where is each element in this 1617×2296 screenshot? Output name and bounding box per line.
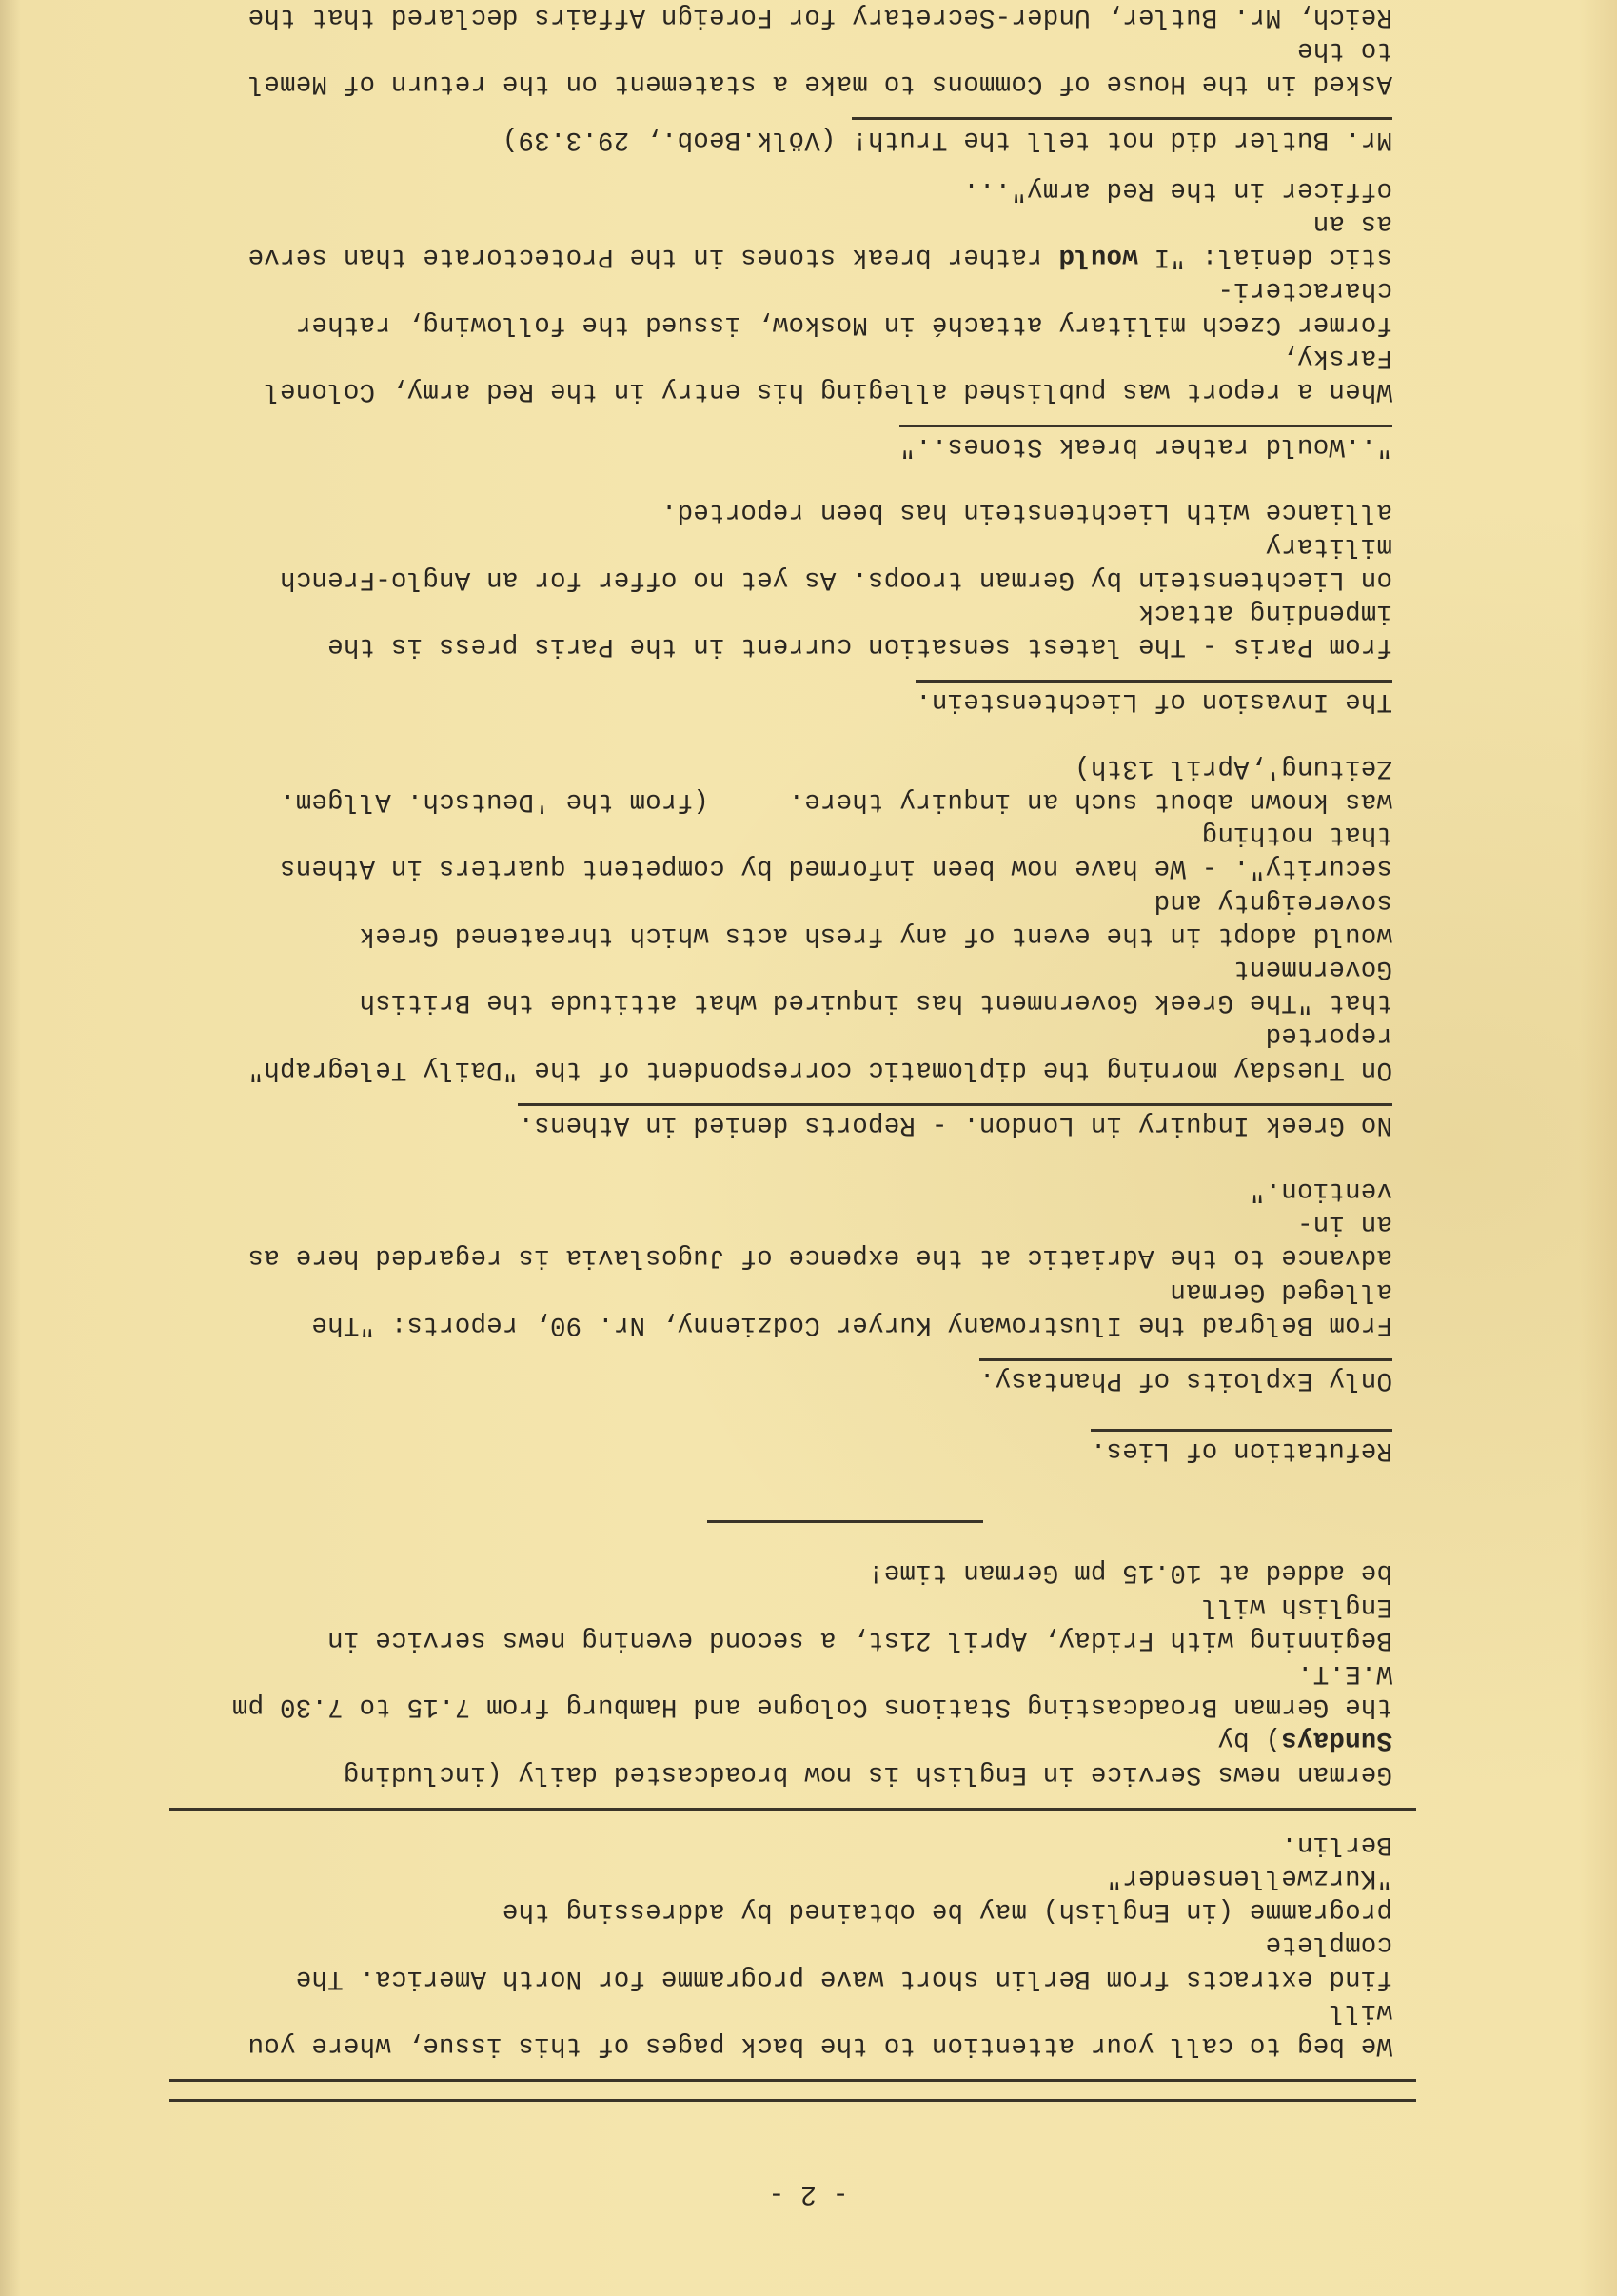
article-heading: "..Would rather break Stones.." — [899, 425, 1392, 463]
section-refutation: Refutation of Lies. — [203, 1429, 1392, 1467]
article-butler: Mr. Butler did not tell the Truth! (Völk… — [203, 0, 1392, 156]
broadcast-line: the German Broadcasting Stations Cologne… — [203, 1656, 1392, 1723]
source-citation: (Völk.Beob., 29.3.39) — [503, 125, 837, 154]
article-heading: No Greek Inquiry in London. - Reports de… — [518, 1103, 1392, 1141]
article-line: that "The Greek Government has inquired … — [203, 952, 1392, 1019]
article-heading-row: Mr. Butler did not tell the Truth! (Völk… — [203, 117, 1392, 155]
article-heading: Mr. Butler did not tell the Truth! — [852, 117, 1392, 155]
notice-rule — [169, 2079, 1416, 2082]
article-line: former Czech military attaché in Moskow,… — [203, 273, 1392, 340]
notice-bottom-rule — [169, 1808, 1416, 1811]
article-line: Reich, Mr. Butler, Under-Secretary for F… — [203, 0, 1392, 33]
article-line: from Paris - The latest sensation curren… — [203, 596, 1392, 663]
broadcast-block: German news Service in English is now br… — [203, 1520, 1392, 1790]
notice-line: find extracts from Berlin short wave pro… — [203, 1928, 1392, 1994]
torn-page-edge — [0, 0, 21, 2296]
document-page: We beg to call your attention to the bac… — [0, 0, 1617, 2296]
article-line: alliance with Liechtenstein has been rep… — [203, 495, 1392, 528]
broadcast-line: be added at 10.15 pm German time! — [203, 1555, 1392, 1589]
article-break-stones: "..Would rather break Stones.." When a r… — [203, 173, 1392, 464]
article-line: advance to the Adriatic at the expence o… — [203, 1207, 1392, 1274]
article-liechtenstein: The Invasion of Liechtenstein. from Pari… — [203, 495, 1392, 718]
short-divider — [707, 1520, 983, 1523]
article-line: security". - We have now been informed b… — [203, 818, 1392, 884]
page-content: We beg to call your attention to the bac… — [203, 0, 1392, 2155]
broadcast-line: German news Service in English is now br… — [203, 1723, 1392, 1790]
section-title: Refutation of Lies. — [1091, 1429, 1392, 1467]
article-line: When a report was published alleging his… — [203, 341, 1392, 407]
article-line: would adopt in the event of any fresh ac… — [203, 884, 1392, 951]
article-line: On Tuesday morning the diplomatic corres… — [203, 1019, 1392, 1085]
notice-line: Berlin. — [203, 1828, 1392, 1861]
article-line: was known about such an inquiry there. (… — [203, 751, 1392, 818]
article-line: officer in the Red army"... — [203, 173, 1392, 207]
page-number: - 2 - — [0, 2179, 1617, 2208]
top-rule — [169, 2099, 1416, 2102]
article-heading: Only Exploits of Phantasy. — [979, 1358, 1392, 1396]
notice-line: programme (in English) may be obtained b… — [203, 1861, 1392, 1928]
article-line: Asked in the House of Commons to make a … — [203, 33, 1392, 100]
broadcast-line: Beginning with Friday, April 21st, a sec… — [203, 1589, 1392, 1655]
article-greek-inquiry: No Greek Inquiry in London. - Reports de… — [203, 751, 1392, 1141]
article-line: From Belgrad the Ilustrowany Kuryer Codz… — [203, 1274, 1392, 1340]
article-phantasy: Only Exploits of Phantasy. From Belgrad … — [203, 1174, 1392, 1396]
notice-block: We beg to call your attention to the bac… — [203, 1808, 1392, 2102]
article-line: stic denial: "I would rather break stone… — [203, 207, 1392, 273]
article-heading: The Invasion of Liechtenstein. — [916, 680, 1392, 718]
notice-line: We beg to call your attention to the bac… — [203, 1995, 1392, 2062]
article-line: on Liechtenstein by German troops. As ye… — [203, 528, 1392, 595]
article-line: vention." — [203, 1174, 1392, 1207]
